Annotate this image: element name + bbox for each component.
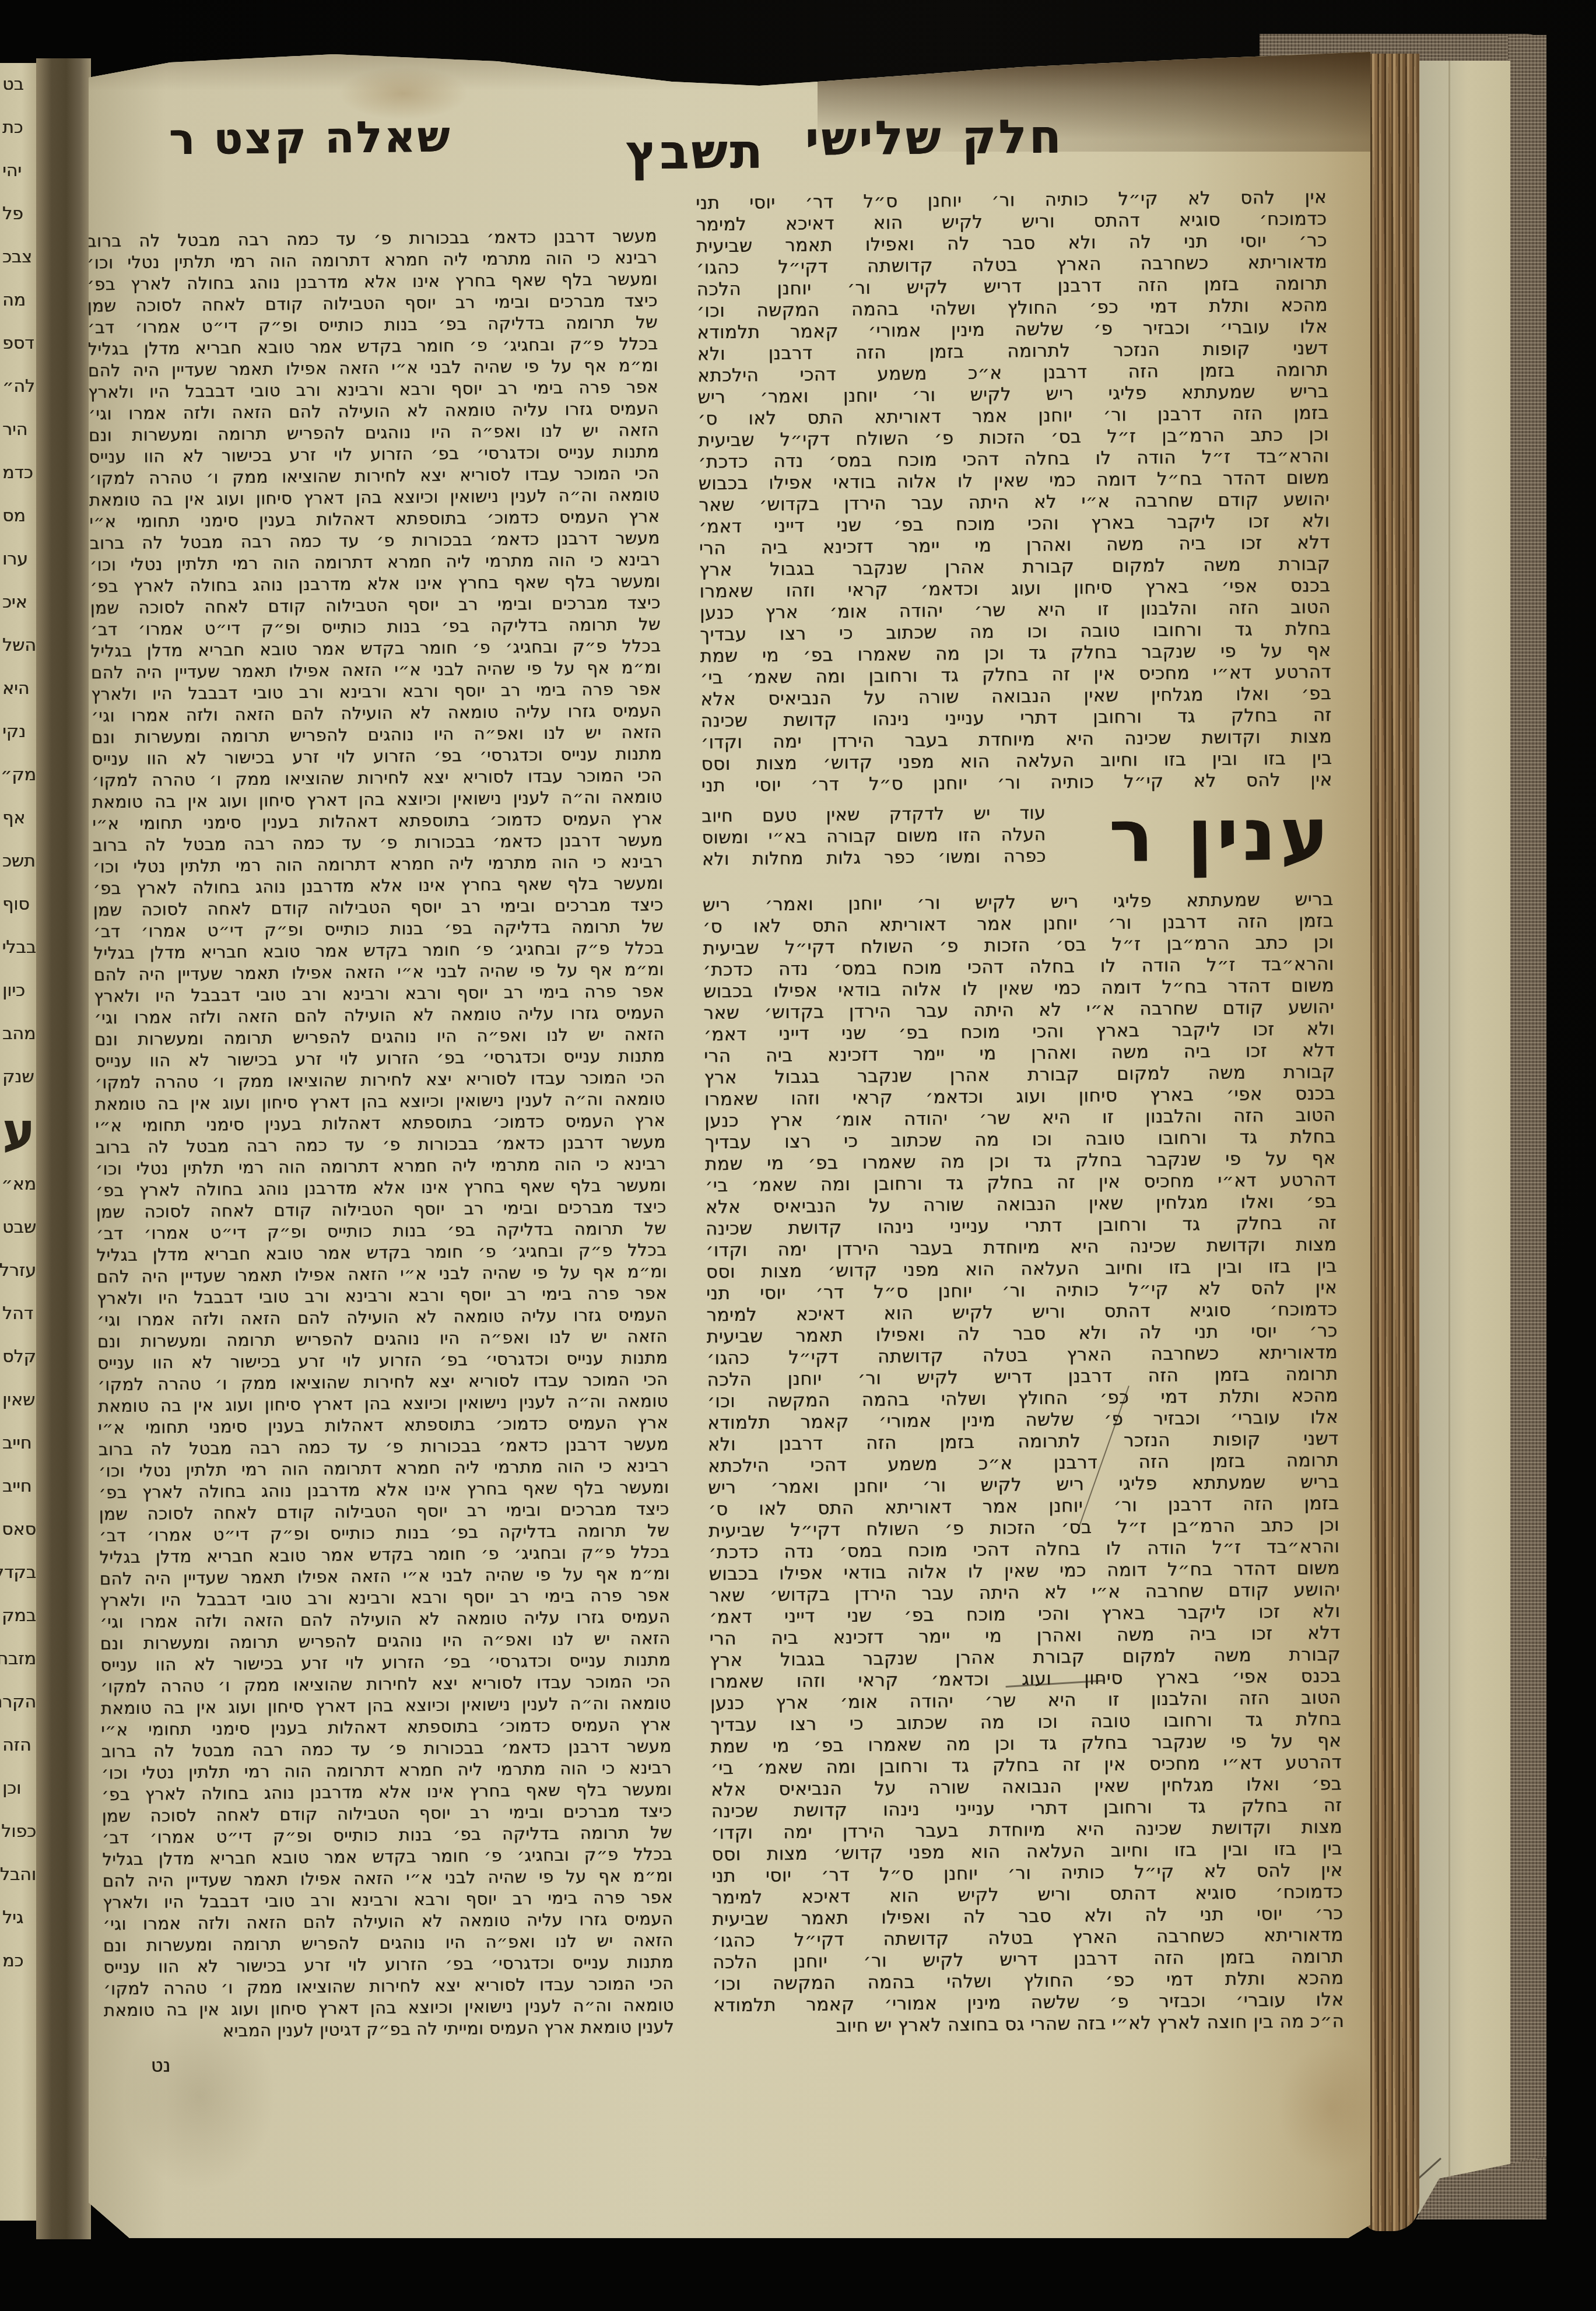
text-fragment: השל (0, 624, 36, 667)
text-fragment: שנק (0, 1055, 36, 1099)
section-heading: ענין ר (1046, 791, 1334, 892)
flyleaf-edge (1416, 61, 1510, 2214)
cover-cloth-right-edge (1508, 35, 1546, 2219)
text-fragment: אף (0, 797, 36, 840)
running-head-question-number: שאלה קצט ר (169, 112, 452, 165)
previous-page-edge: בטכתיהיפלצבכמהדספלה״הירכדממסערואיכהשלהיא… (0, 63, 36, 2221)
heading-wrap-lines: עוד יש לדקדק שאין טעם חיובהעלה הזו משום … (701, 794, 1047, 895)
text-fragment: הקרנ (0, 1681, 36, 1724)
text-fragment: דהל (0, 1292, 36, 1335)
text-line: כפרה ומשו׳ כפר גלות מחלות ולא (702, 846, 1046, 871)
previous-page-text-fragments: בטכתיהיפלצבכמהדספלה״הירכדממסערואיכהשלהיא… (0, 63, 36, 1983)
text-fragment: הזה (0, 1724, 36, 1767)
text-fragment: נקי (0, 710, 36, 753)
text-fragment: וכן (0, 1767, 36, 1810)
text-fragment: לה״ (0, 365, 36, 408)
text-column-left: מעשר דרבנן כדאמ׳ בבכורות פ׳ עד כמה רבה מ… (87, 225, 675, 2043)
catchword: נט (151, 2054, 171, 2076)
text-fragment: היא (0, 667, 36, 710)
section-heading-block: ענין רעוד יש לדקדק שאין טעם חיובהעלה הזו… (701, 791, 1334, 895)
text-fragment: כמ (0, 1940, 36, 1983)
text-fragment: והבל (0, 1853, 36, 1896)
running-head-part: חלק שלישי (805, 109, 1064, 166)
text-fragment: מהב (0, 1012, 36, 1055)
text-fragment: כת (0, 106, 36, 149)
text-fragment: כיון (0, 969, 36, 1012)
text-fragment: מק״ (0, 753, 36, 797)
text-fragment: בט (0, 63, 36, 106)
book-page: חלק שלישי תשבץ שאלה קצט ר אין להס לא קי״… (89, 50, 1370, 2238)
text-fragment: בבלי (0, 926, 36, 969)
text-fragment: עזרל (0, 1249, 36, 1292)
text-fragment: חייב (0, 1465, 36, 1508)
text-fragment: מס (0, 495, 36, 538)
text-fragment: במק (0, 1594, 36, 1637)
text-fragment: יהי (0, 149, 36, 192)
text-fragment: תשכ (0, 840, 36, 883)
text-fragment: שאין (0, 1379, 36, 1422)
text-fragment: סאס (0, 1508, 36, 1551)
text-fragment: ע (0, 1099, 36, 1163)
text-fragment: ערו (0, 538, 36, 581)
text-fragment: כדמ (0, 451, 36, 495)
text-fragment: דספ (0, 322, 36, 365)
text-fragment: חייב (0, 1422, 36, 1465)
page-content: חלק שלישי תשבץ שאלה קצט ר אין להס לא קי״… (80, 44, 1383, 2245)
text-fragment: איכ (0, 581, 36, 624)
text-fragment: פל (0, 192, 36, 236)
text-fragment: כפול (0, 1810, 36, 1853)
book-photograph: בטכתיהיפלצבכמהדספלה״הירכדממסערואיכהשלהיא… (0, 0, 1596, 2311)
page-block-fore-edge (1363, 54, 1419, 2231)
text-fragment: קלס (0, 1335, 36, 1379)
text-fragment: מזבח (0, 1637, 36, 1681)
gutter-shadow (36, 58, 91, 2239)
text-fragment: סוף (0, 883, 36, 926)
text-fragment: גיל (0, 1896, 36, 1940)
text-fragment: צבכ (0, 236, 36, 279)
text-fragment: היר (0, 408, 36, 451)
text-fragment: שבט (0, 1206, 36, 1249)
text-line: העלה הזו משום קבורה בא״י ומשוס (701, 825, 1046, 850)
text-column-right: אין להס לא קי״ל כותיה ור׳ יוחנן ס״ל דר׳ … (696, 187, 1344, 2038)
running-head-title: תשבץ (626, 124, 765, 180)
text-fragment: מה (0, 279, 36, 322)
text-line: עוד יש לדקדק שאין טעם חיוב (701, 803, 1046, 828)
text-fragment: מא״ (0, 1163, 36, 1206)
text-fragment: בקדל (0, 1551, 36, 1594)
